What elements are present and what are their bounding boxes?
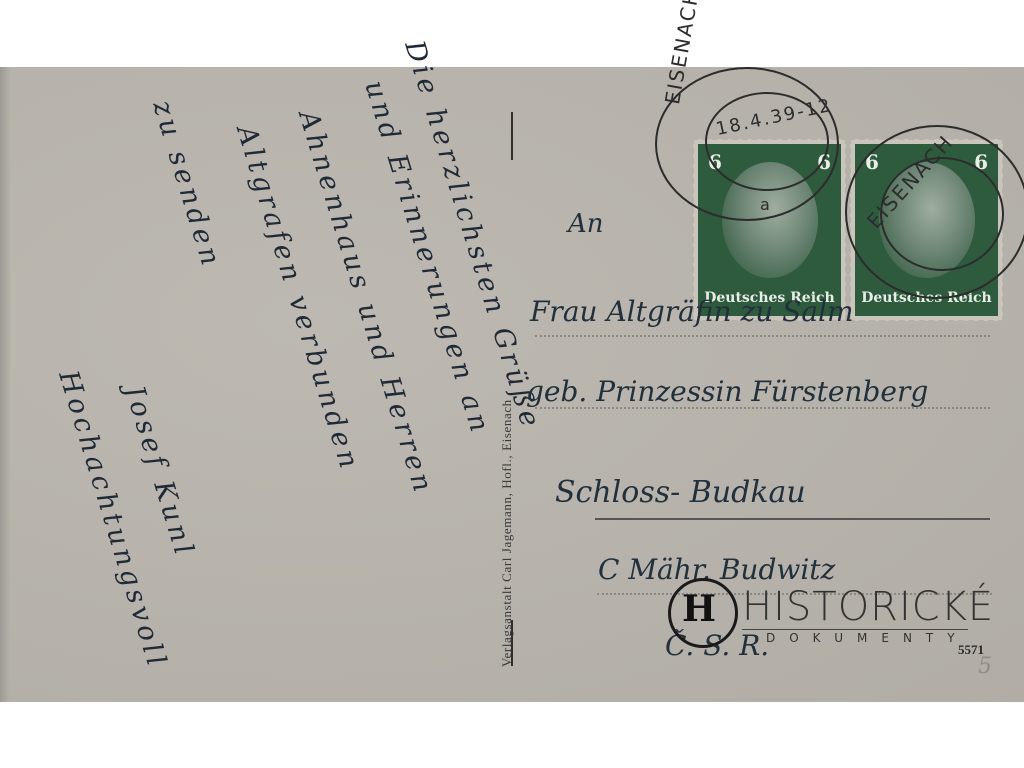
address-dotted-rule: [535, 335, 990, 337]
divider-line-top: [511, 112, 513, 160]
address-line: Schloss- Budkau: [555, 475, 806, 510]
postmark-letter: a: [760, 195, 772, 214]
publisher-imprint: Verlagsanstalt Carl Jagemann, Hofl., Eis…: [499, 399, 515, 667]
message-line: zu senden: [146, 97, 227, 273]
watermark-monogram: H: [682, 588, 716, 630]
postmark-inner-circle: [880, 157, 1004, 271]
watermark-title: HISTORICKÉ: [742, 584, 994, 630]
address-prefix: An: [568, 209, 604, 239]
address-line: Frau Altgräfin zu Salm: [530, 295, 854, 328]
pencil-mark: 5: [978, 654, 992, 679]
watermark-divider: [742, 629, 968, 630]
watermark-subtitle: DOKUMENTY: [766, 631, 969, 645]
address-solid-rule: [595, 518, 990, 520]
address-dotted-rule: [535, 407, 990, 409]
message-line: Altgrafen verbunden: [230, 122, 365, 475]
address-line: geb. Prinzessin Fürstenberg: [526, 375, 928, 408]
